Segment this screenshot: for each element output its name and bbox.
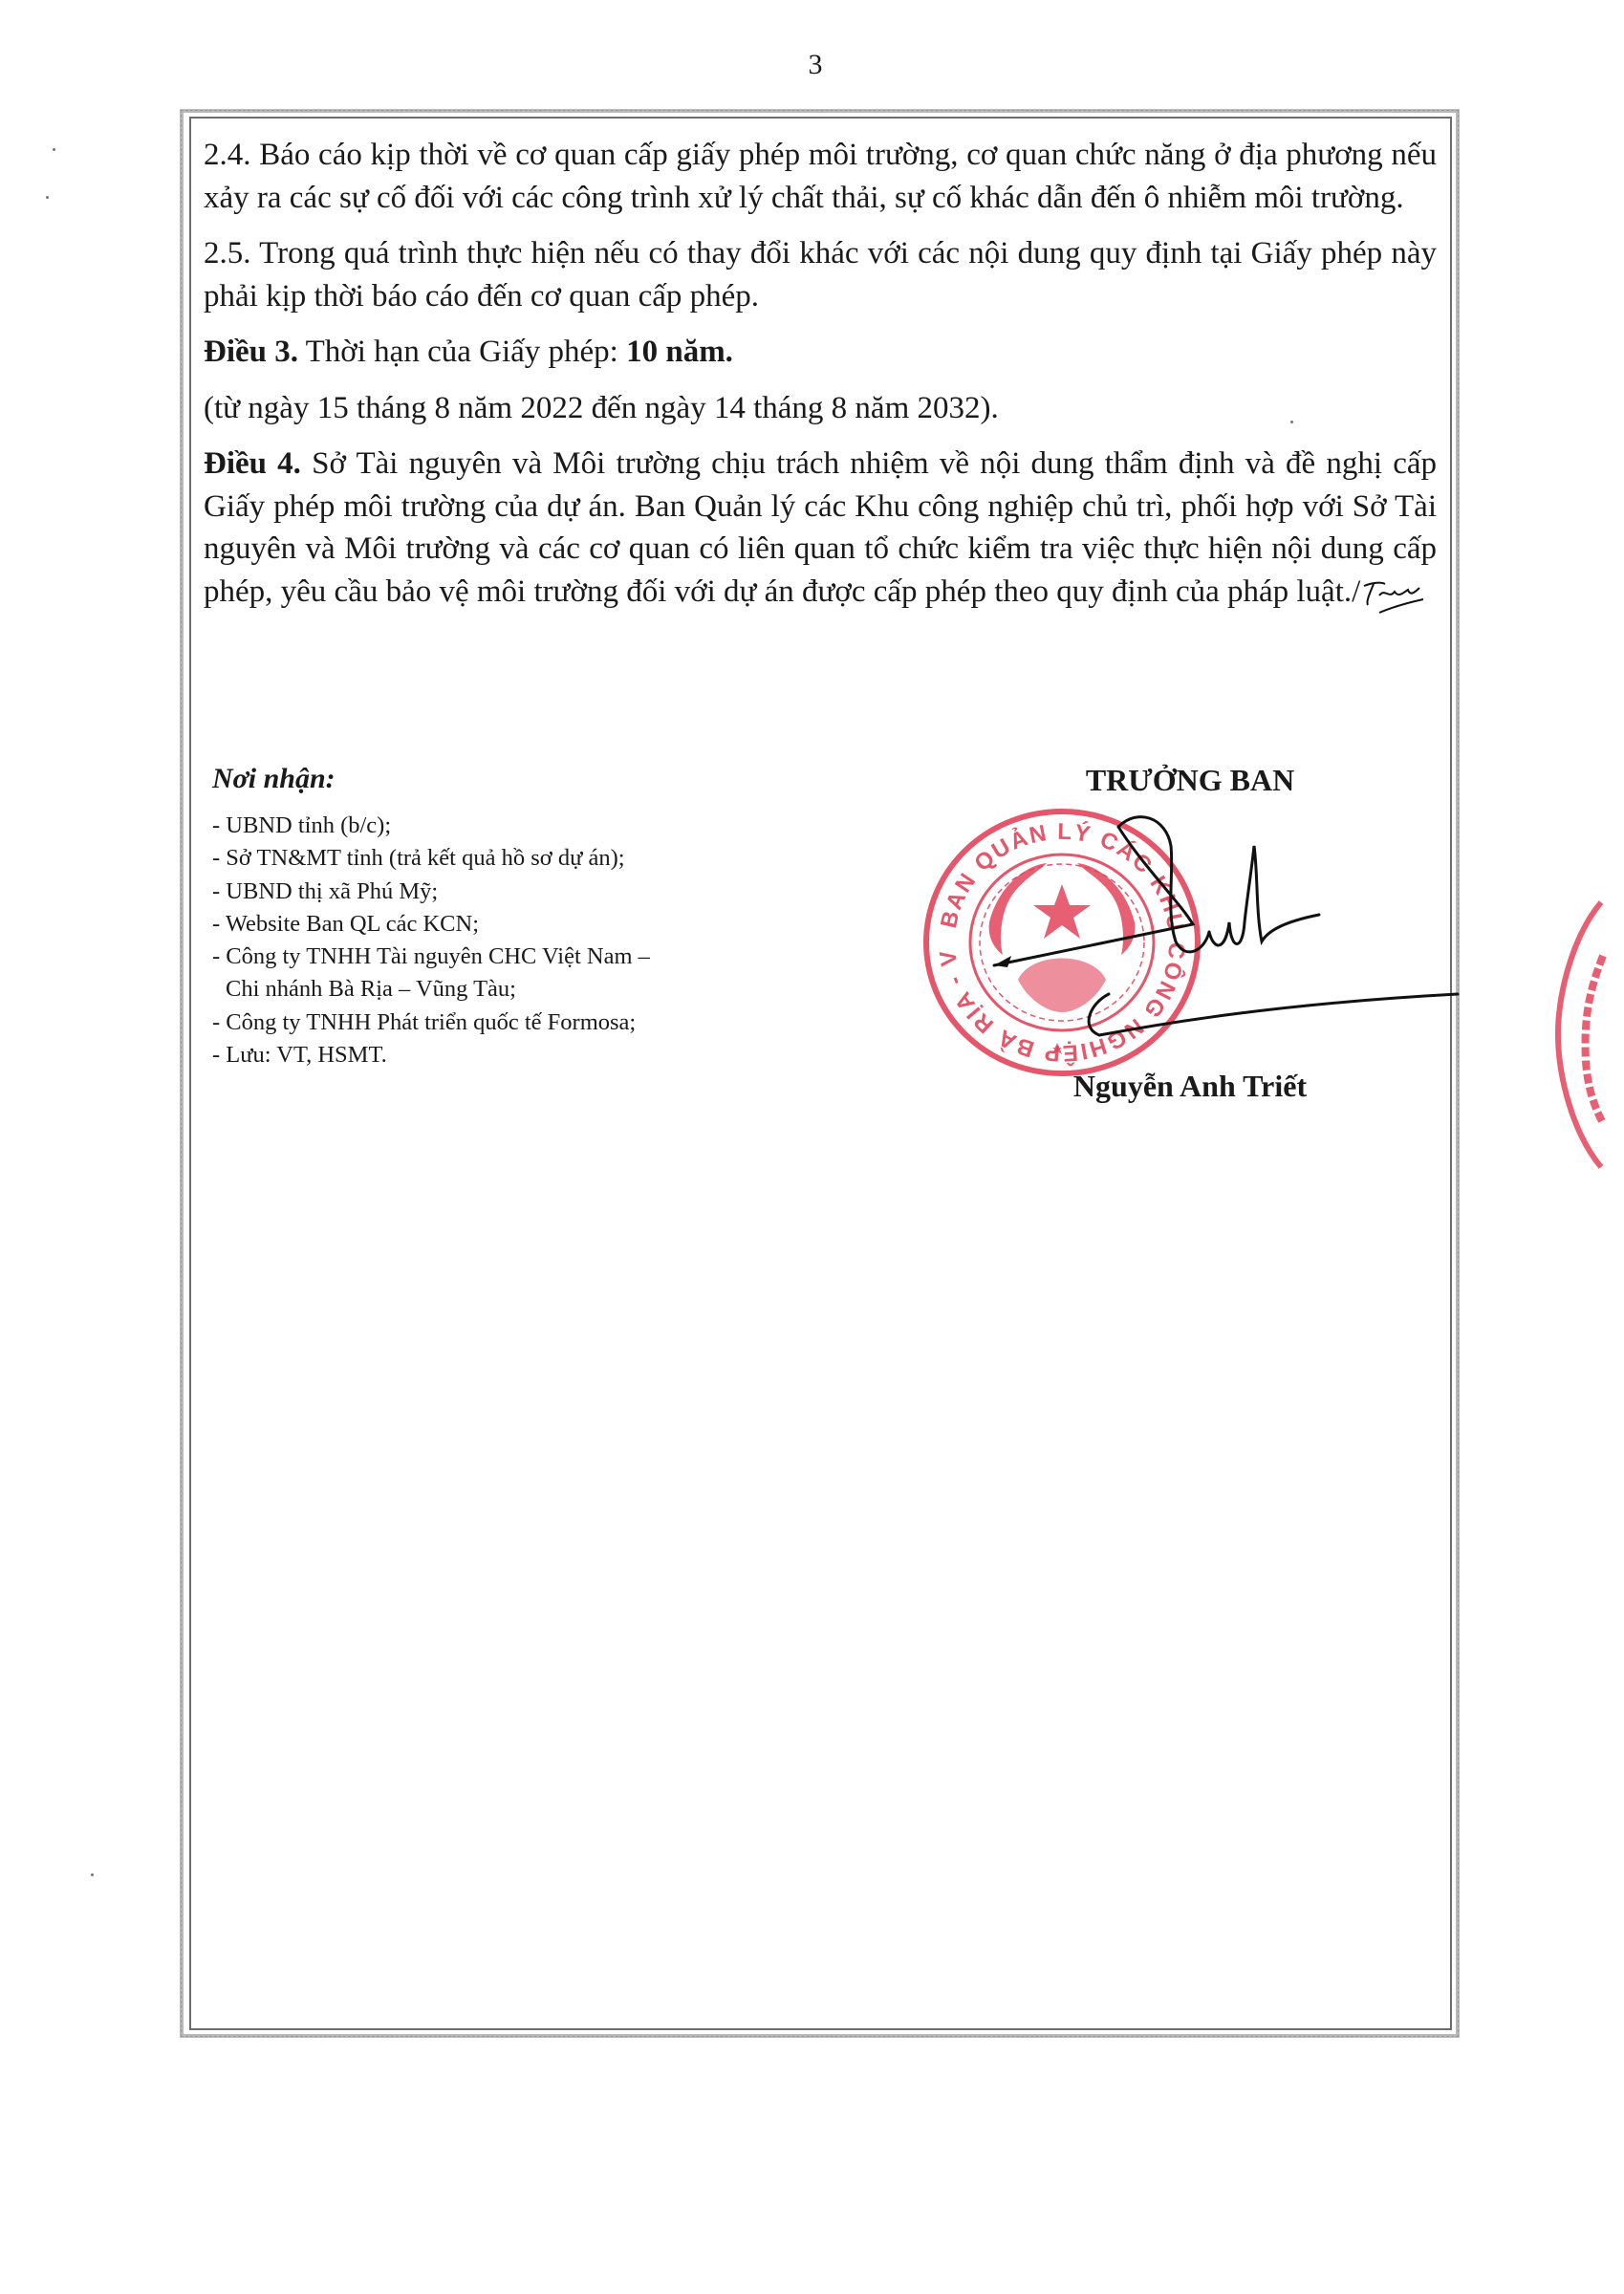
article-3-dates: (từ ngày 15 tháng 8 năm 2022 đến ngày 14… [204, 387, 1437, 430]
signer-name: Nguyễn Anh Triết [1032, 1067, 1348, 1105]
paragraph-2-5: 2.5. Trong quá trình thực hiện nếu có th… [204, 232, 1437, 317]
paragraph-text: Sở Tài nguyên và Môi trường chịu trách n… [204, 446, 1437, 609]
article-heading: Điều 4. [204, 446, 301, 481]
recipient-item: - Website Ban QL các KCN; [212, 908, 747, 941]
recipient-item: - UBND tỉnh (b/c); [212, 810, 747, 842]
scan-speck [91, 1873, 94, 1876]
recipient-item: - Sở TN&MT tỉnh (trả kết quả hồ sơ dự án… [212, 842, 747, 875]
initials-signature-icon [1360, 576, 1427, 615]
validity-duration: 10 năm. [626, 335, 733, 369]
article-3: Điều 3. Thời hạn của Giấy phép: 10 năm. [204, 331, 1437, 374]
recipient-item: - Công ty TNHH Tài nguyên CHC Việt Nam – [212, 941, 747, 973]
recipient-item: - UBND thị xã Phú Mỹ; [212, 876, 747, 908]
recipients-title: Nơi nhận: [212, 760, 747, 798]
paragraph-text: (từ ngày 15 tháng 8 năm 2022 đến ngày 14… [204, 391, 999, 425]
paragraph-text: 2.4. Báo cáo kịp thời về cơ quan cấp giấ… [204, 138, 1437, 215]
paragraph-text: Thời hạn của Giấy phép: [298, 335, 626, 369]
handwritten-signature-icon [975, 808, 1472, 1056]
recipient-item: Chi nhánh Bà Rịa – Vũng Tàu; [212, 973, 747, 1006]
scan-speck [53, 148, 55, 151]
recipient-item: - Công ty TNHH Phát triển quốc tế Formos… [212, 1006, 747, 1039]
recipient-item: - Lưu: VT, HSMT. [212, 1039, 747, 1071]
scan-speck [1290, 421, 1293, 423]
paragraph-text: 2.5. Trong quá trình thực hiện nếu có th… [204, 236, 1437, 314]
signer-title: TRƯỞNG BAN [1032, 761, 1348, 799]
scan-speck [46, 196, 49, 199]
article-heading: Điều 3. [204, 335, 298, 369]
partial-stamp-icon [1553, 898, 1611, 1171]
recipients-block: Nơi nhận: - UBND tỉnh (b/c); - Sở TN&MT … [212, 760, 747, 1071]
article-4: Điều 4. Sở Tài nguyên và Môi trường chịu… [204, 443, 1437, 615]
paragraph-2-4: 2.4. Báo cáo kịp thời về cơ quan cấp giấ… [204, 134, 1437, 219]
page-number: 3 [801, 48, 830, 82]
document-body: 2.4. Báo cáo kịp thời về cơ quan cấp giấ… [204, 134, 1437, 628]
recipients-list: - UBND tỉnh (b/c); - Sở TN&MT tỉnh (trả … [212, 810, 747, 1071]
